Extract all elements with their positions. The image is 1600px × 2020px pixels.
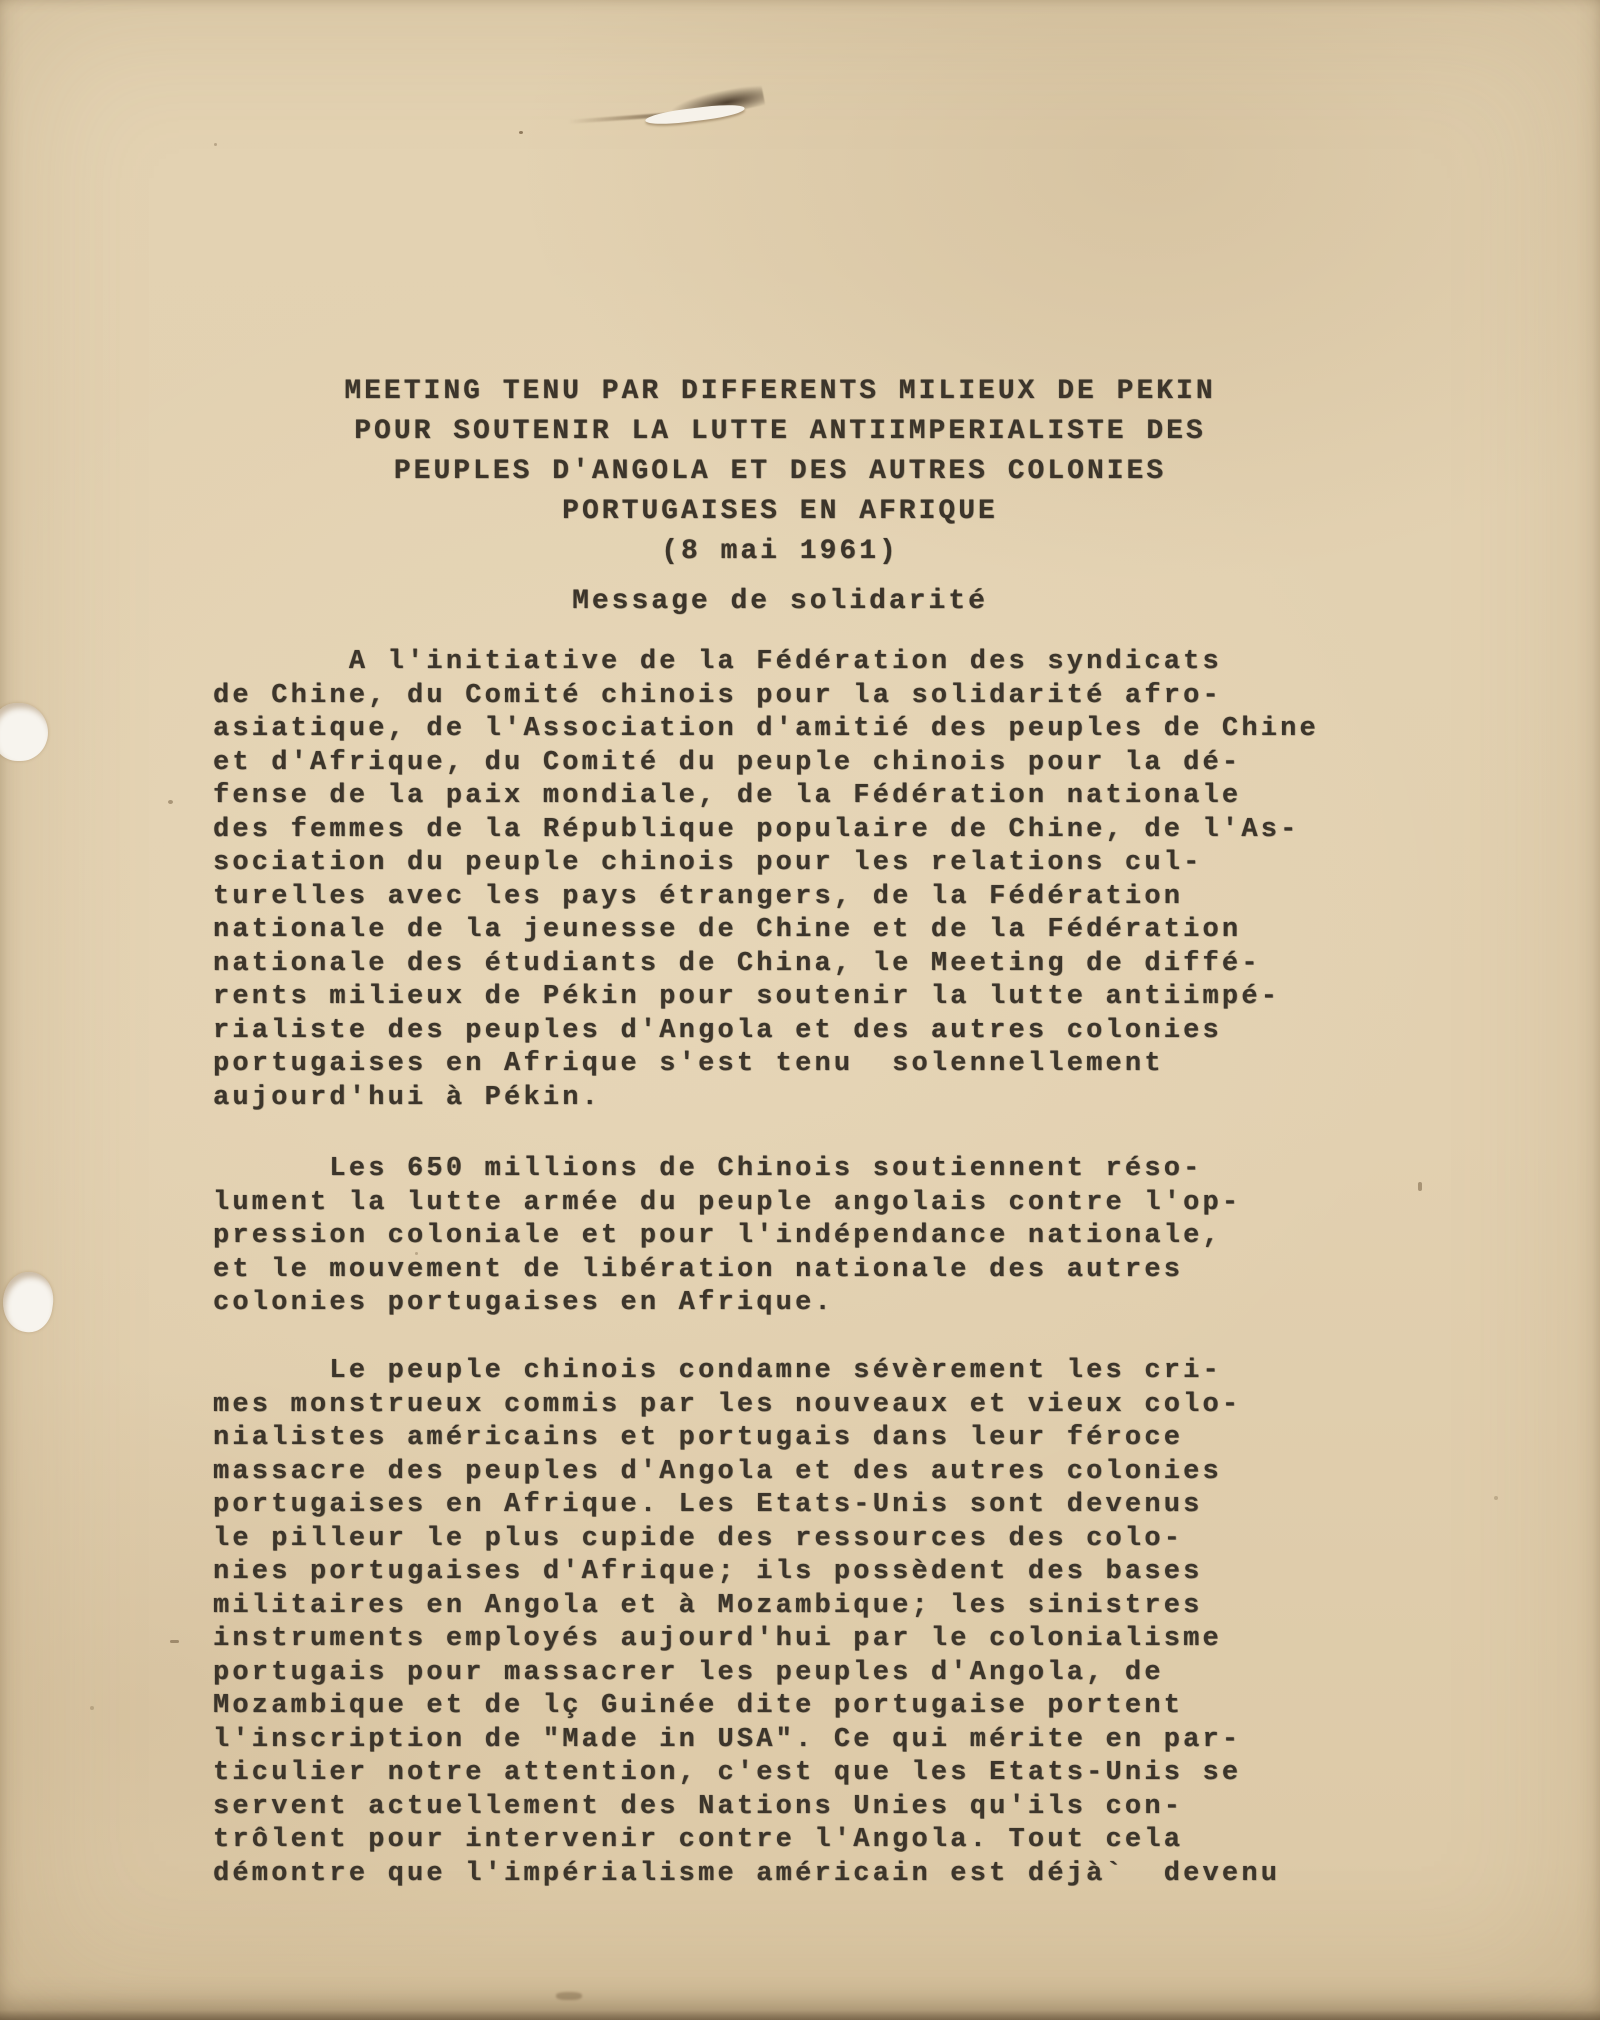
- text-line: l'inscription de "Made in USA". Ce qui m…: [213, 1724, 1280, 1758]
- text-line: sociation du peuple chinois pour les rel…: [213, 847, 1319, 881]
- paragraph-2: Les 650 millions de Chinois soutiennent …: [213, 1153, 1241, 1321]
- text-line: A l'initiative de la Fédération des synd…: [213, 646, 1319, 680]
- text-line: mes monstrueux commis par les nouveaux e…: [213, 1389, 1280, 1423]
- text-line: instruments employés aujourd'hui par le …: [213, 1623, 1280, 1657]
- text-line: nationale des étudiants de China, le Mee…: [213, 948, 1319, 982]
- document-subtitle: Message de solidarité: [180, 586, 1380, 617]
- text-line: militaires en Angola et à Mozambique; le…: [213, 1590, 1280, 1624]
- text-line: et le mouvement de libération nationale …: [213, 1254, 1241, 1288]
- paragraph-3: Le peuple chinois condamne sévèrement le…: [213, 1355, 1280, 1891]
- text-line: MEETING TENU PAR DIFFERENTS MILIEUX DE P…: [180, 372, 1380, 412]
- text-line: turelles avec les pays étrangers, de la …: [213, 881, 1319, 915]
- text-line: Les 650 millions de Chinois soutiennent …: [213, 1153, 1241, 1187]
- text-line: nies portugaises d'Afrique; ils possèden…: [213, 1556, 1280, 1590]
- text-line: de Chine, du Comité chinois pour la soli…: [213, 680, 1319, 714]
- text-line: asiatique, de l'Association d'amitié des…: [213, 713, 1319, 747]
- paper-speck: [519, 131, 523, 134]
- paper-speck: [214, 143, 217, 146]
- text-line: Le peuple chinois condamne sévèrement le…: [213, 1355, 1280, 1389]
- text-line: le pilleur le plus cupide des ressources…: [213, 1523, 1280, 1557]
- paper-speck: [556, 1992, 582, 2000]
- text-line: nialistes américains et portugais dans l…: [213, 1422, 1280, 1456]
- text-line: rialiste des peuples d'Angola et des aut…: [213, 1015, 1319, 1049]
- paragraph-1: A l'initiative de la Fédération des synd…: [213, 646, 1319, 1115]
- text-line: lument la lutte armée du peuple angolais…: [213, 1187, 1241, 1221]
- text-line: fense de la paix mondiale, de la Fédérat…: [213, 780, 1319, 814]
- paper-speck: [1494, 1496, 1498, 1500]
- text-line: ticulier notre attention, c'est que les …: [213, 1757, 1280, 1791]
- text-line: portugaises en Afrique. Les Etats-Unis s…: [213, 1489, 1280, 1523]
- text-line: portugais pour massacrer les peuples d'A…: [213, 1657, 1280, 1691]
- text-line: Mozambique et de lç Guinée dite portugai…: [213, 1690, 1280, 1724]
- text-line: aujourd'hui à Pékin.: [213, 1082, 1319, 1116]
- text-line: (8 mai 1961): [180, 532, 1380, 572]
- document-title: MEETING TENU PAR DIFFERENTS MILIEUX DE P…: [180, 372, 1380, 572]
- text-line: servent actuellement des Nations Unies q…: [213, 1791, 1280, 1825]
- text-line: nationale de la jeunesse de Chine et de …: [213, 914, 1319, 948]
- text-line: massacre des peuples d'Angola et des aut…: [213, 1456, 1280, 1490]
- paper-speck: [1418, 1182, 1422, 1191]
- text-line: PEUPLES D'ANGOLA ET DES AUTRES COLONIES: [180, 452, 1380, 492]
- punch-hole-top: [0, 703, 48, 761]
- text-line: rents milieux de Pékin pour soutenir la …: [213, 981, 1319, 1015]
- text-line: colonies portugaises en Afrique.: [213, 1287, 1241, 1321]
- paper-speck: [90, 1706, 94, 1710]
- document-page: MEETING TENU PAR DIFFERENTS MILIEUX DE P…: [0, 0, 1600, 2020]
- text-line: et d'Afrique, du Comité du peuple chinoi…: [213, 747, 1319, 781]
- paper-speck: [170, 1640, 179, 1643]
- text-line: trôlent pour intervenir contre l'Angola.…: [213, 1824, 1280, 1858]
- text-line: PORTUGAISES EN AFRIQUE: [180, 492, 1380, 532]
- text-line: démontre que l'impérialisme américain es…: [213, 1858, 1280, 1892]
- text-line: des femmes de la République populaire de…: [213, 814, 1319, 848]
- text-line: pression coloniale et pour l'indépendanc…: [213, 1220, 1241, 1254]
- text-line: POUR SOUTENIR LA LUTTE ANTIIMPERIALISTE …: [180, 412, 1380, 452]
- text-line: portugaises en Afrique s'est tenu solenn…: [213, 1048, 1319, 1082]
- paper-speck: [168, 800, 173, 804]
- punch-hole-bottom: [0, 1269, 57, 1335]
- subtitle-text: Message de solidarité: [572, 586, 988, 617]
